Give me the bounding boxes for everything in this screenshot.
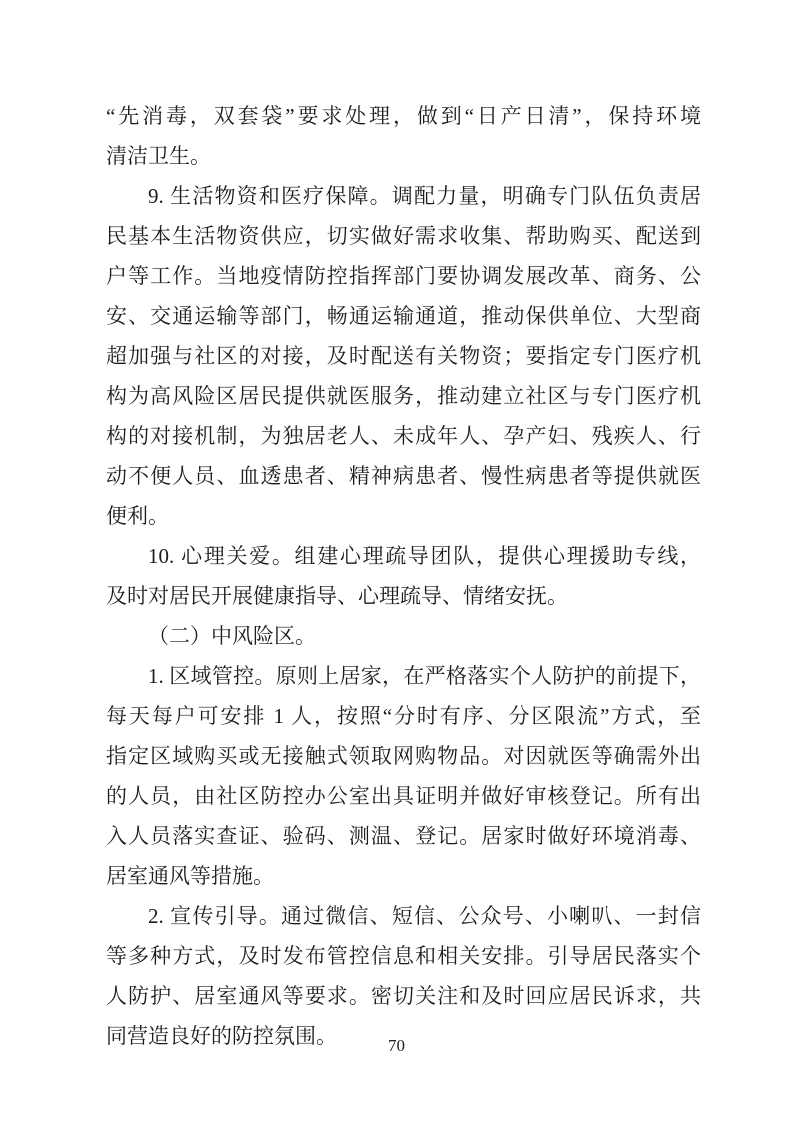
text-line: 的人员，由社区防控办公室出具证明并做好审核登记。所有出 xyxy=(106,776,701,816)
page-footer: 70 xyxy=(0,1036,793,1056)
text-line: 安、交通运输等部门，畅通运输通道，推动保供单位、大型商 xyxy=(106,296,701,336)
page-number: 70 xyxy=(388,1036,405,1055)
text-line: 构的对接机制，为独居老人、未成年人、孕产妇、残疾人、行 xyxy=(106,416,701,456)
text-line: “先消毒，双套袋”要求处理，做到“日产日清”，保持环境 xyxy=(106,96,701,136)
document-body: “先消毒，双套袋”要求处理，做到“日产日清”，保持环境清洁卫生。9. 生活物资和… xyxy=(0,0,793,1056)
text-line: 清洁卫生。 xyxy=(106,136,701,176)
section-heading: （二）中风险区。 xyxy=(106,616,701,656)
text-line: 户等工作。当地疫情防控指挥部门要协调发展改革、商务、公 xyxy=(106,256,701,296)
paragraph: 9. 生活物资和医疗保障。调配力量，明确专门队伍负责居民基本生活物资供应，切实做… xyxy=(106,176,701,536)
text-line: 及时对居民开展健康指导、心理疏导、情绪安抚。 xyxy=(106,576,701,616)
text-line: 1. 区域管控。原则上居家，在严格落实个人防护的前提下， xyxy=(106,656,701,696)
text-line: 便利。 xyxy=(106,496,701,536)
paragraph: “先消毒，双套袋”要求处理，做到“日产日清”，保持环境清洁卫生。 xyxy=(106,96,701,176)
text-line: （二）中风险区。 xyxy=(106,616,701,656)
text-line: 9. 生活物资和医疗保障。调配力量，明确专门队伍负责居 xyxy=(106,176,701,216)
paragraph: 10. 心理关爱。组建心理疏导团队，提供心理援助专线，及时对居民开展健康指导、心… xyxy=(106,536,701,616)
text-line: 每天每户可安排 1 人，按照“分时有序、分区限流”方式，至 xyxy=(106,696,701,736)
text-line: 超加强与社区的对接，及时配送有关物资；要指定专门医疗机 xyxy=(106,336,701,376)
text-line: 等多种方式，及时发布管控信息和相关安排。引导居民落实个 xyxy=(106,936,701,976)
text-line: 构为高风险区居民提供就医服务，推动建立社区与专门医疗机 xyxy=(106,376,701,416)
text-line: 指定区域购买或无接触式领取网购物品。对因就医等确需外出 xyxy=(106,736,701,776)
text-line: 动不便人员、血透患者、精神病患者、慢性病患者等提供就医 xyxy=(106,456,701,496)
text-line: 居室通风等措施。 xyxy=(106,856,701,896)
text-line: 2. 宣传引导。通过微信、短信、公众号、小喇叭、一封信 xyxy=(106,896,701,936)
paragraph: 2. 宣传引导。通过微信、短信、公众号、小喇叭、一封信等多种方式，及时发布管控信… xyxy=(106,896,701,1056)
text-line: 入人员落实查证、验码、测温、登记。居家时做好环境消毒、 xyxy=(106,816,701,856)
text-line: 民基本生活物资供应，切实做好需求收集、帮助购买、配送到 xyxy=(106,216,701,256)
document-page: “先消毒，双套袋”要求处理，做到“日产日清”，保持环境清洁卫生。9. 生活物资和… xyxy=(0,0,793,1122)
paragraph: 1. 区域管控。原则上居家，在严格落实个人防护的前提下，每天每户可安排 1 人，… xyxy=(106,656,701,896)
text-line: 10. 心理关爱。组建心理疏导团队，提供心理援助专线， xyxy=(106,536,701,576)
text-line: 人防护、居室通风等要求。密切关注和及时回应居民诉求，共 xyxy=(106,976,701,1016)
